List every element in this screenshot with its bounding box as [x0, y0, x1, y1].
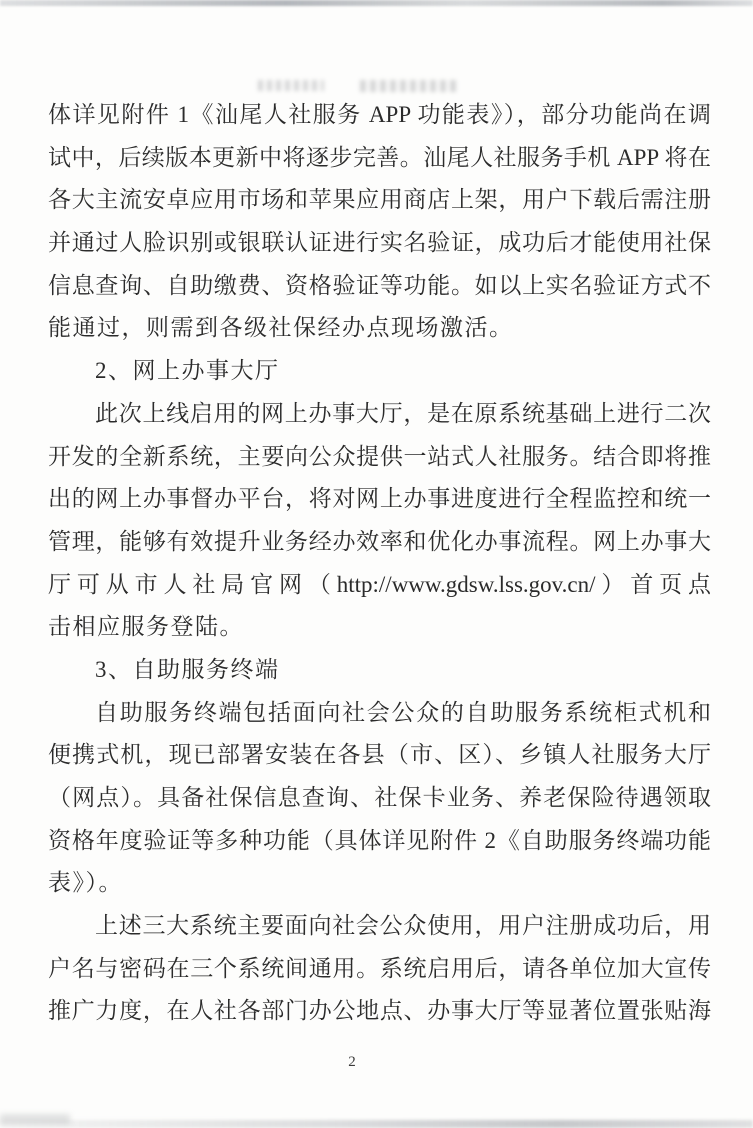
text-line: 信息查询、自助缴费、资格验证等功能。如以上实名验证方式不: [48, 265, 711, 308]
text-line: 并通过人脸识别或银联认证进行实名验证，成功后才能使用社保: [48, 222, 711, 265]
text-line: 自助服务终端包括面向社会公众的自助服务系统柜式机和: [48, 692, 711, 735]
text-line: 管理，能够有效提升业务经办效率和优化办事流程。网上办事大: [48, 521, 711, 564]
text-line: 3、自助服务终端: [48, 649, 711, 692]
text-line: 出的网上办事督办平台，将对网上办事进度进行全程监控和统一: [48, 478, 711, 521]
scan-artifact-bottom-edge: [0, 1120, 753, 1128]
text-line: 试中，后续版本更新中将逐步完善。汕尾人社服务手机 APP 将在: [48, 137, 711, 180]
text-line: 体详见附件 1《汕尾人社服务 APP 功能表》），部分功能尚在调: [48, 94, 711, 137]
text-line: 厅可从市人社局官网（http://www.gdsw.lss.gov.cn/）首页…: [48, 564, 711, 607]
text-line: 各大主流安卓应用市场和苹果应用商店上架，用户下载后需注册: [48, 179, 711, 222]
text-line: 资格年度验证等多种功能（具体详见附件 2《自助服务终端功能: [48, 820, 711, 863]
text-line: 2、网上办事大厅: [48, 350, 711, 393]
scanned-document-page: 体详见附件 1《汕尾人社服务 APP 功能表》），部分功能尚在调试中，后续版本更…: [0, 0, 753, 1128]
text-line: 开发的全新系统，主要向公众提供一站式人社服务。结合即将推: [48, 436, 711, 479]
scan-bleedthrough-smudge: [258, 80, 324, 91]
scan-artifact-bottom-left-smudge: [0, 1114, 70, 1124]
text-line: 表》）。: [48, 862, 711, 905]
text-line: 能通过，则需到各级社保经办点现场激活。: [48, 307, 711, 350]
page-number: 2: [340, 1054, 364, 1071]
text-line: 便携式机，现已部署安装在各县（市、区）、乡镇人社服务大厅: [48, 734, 711, 777]
document-body: 体详见附件 1《汕尾人社服务 APP 功能表》），部分功能尚在调试中，后续版本更…: [48, 94, 711, 1033]
text-line: 此次上线启用的网上办事大厅，是在原系统基础上进行二次: [48, 393, 711, 436]
scan-artifact-top-edge: [0, 0, 753, 6]
scan-bleedthrough-smudge: [360, 80, 458, 92]
text-line: 上述三大系统主要面向社会公众使用，用户注册成功后，用: [48, 905, 711, 948]
text-line: 击相应服务登陆。: [48, 606, 711, 649]
text-line: （网点）。具备社保信息查询、社保卡业务、养老保险待遇领取: [48, 777, 711, 820]
text-line: 推广力度，在人社各部门办公地点、办事大厅等显著位置张贴海: [48, 990, 711, 1033]
text-line: 户名与密码在三个系统间通用。系统启用后，请各单位加大宣传: [48, 948, 711, 991]
